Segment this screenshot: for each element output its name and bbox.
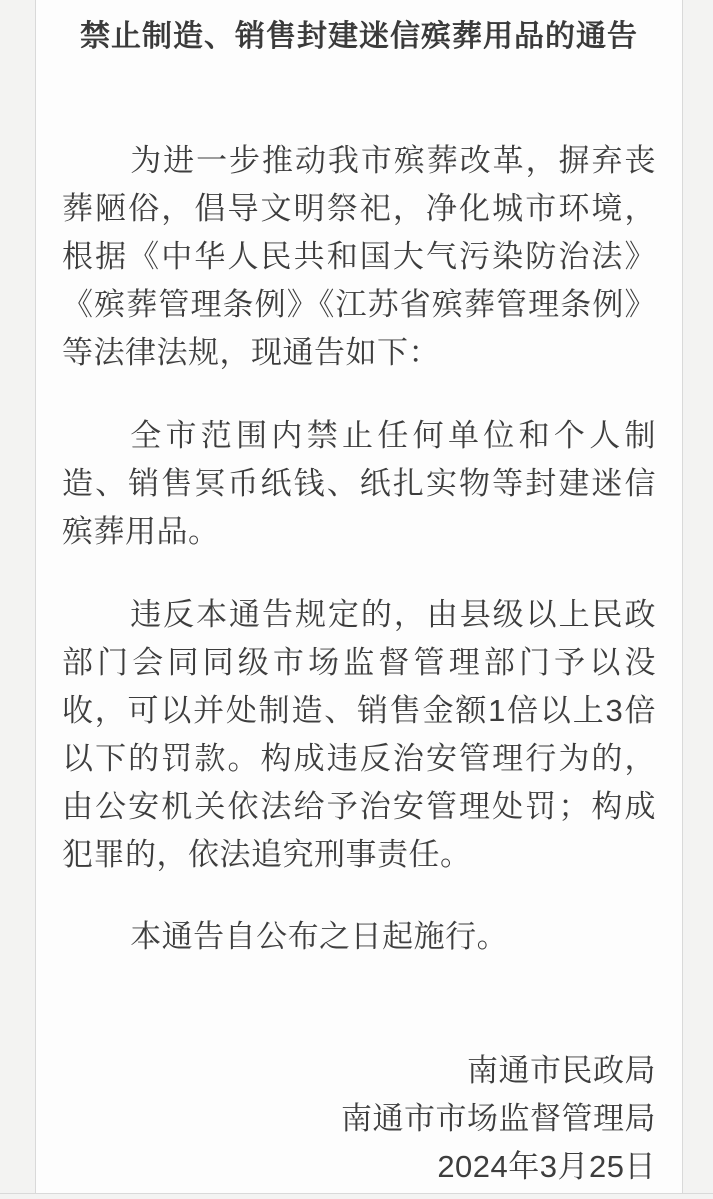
- notice-paragraph-prohibition: 全市范围内禁止任何单位和个人制造、销售冥币纸钱、纸扎实物等封建迷信殡葬用品。: [62, 412, 656, 556]
- bottom-divider: [0, 1193, 713, 1194]
- notice-paragraph-penalties: 违反本通告规定的，由县级以上民政部门会同同级市场监督管理部门予以没收，可以并处制…: [62, 591, 656, 879]
- signature-block: 南通市民政局 南通市市场监督管理局 2024年3月25日: [62, 1047, 656, 1191]
- signature-org-market-supervision: 南通市市场监督管理局: [62, 1095, 656, 1143]
- notice-paragraph-effective-date: 本通告自公布之日起施行。: [62, 913, 656, 961]
- notice-title: 禁止制造、销售封建迷信殡葬用品的通告: [62, 14, 656, 60]
- notice-paragraph-preamble: 为进一步推动我市殡葬改革，摒弃丧葬陋俗，倡导文明祭祀，净化城市环境，根据《中华人…: [62, 137, 656, 377]
- notice-date: 2024年3月25日: [62, 1143, 656, 1191]
- signature-org-civil-affairs: 南通市民政局: [62, 1047, 656, 1095]
- notice-document-panel: 禁止制造、销售封建迷信殡葬用品的通告 为进一步推动我市殡葬改革，摒弃丧葬陋俗，倡…: [35, 0, 683, 1193]
